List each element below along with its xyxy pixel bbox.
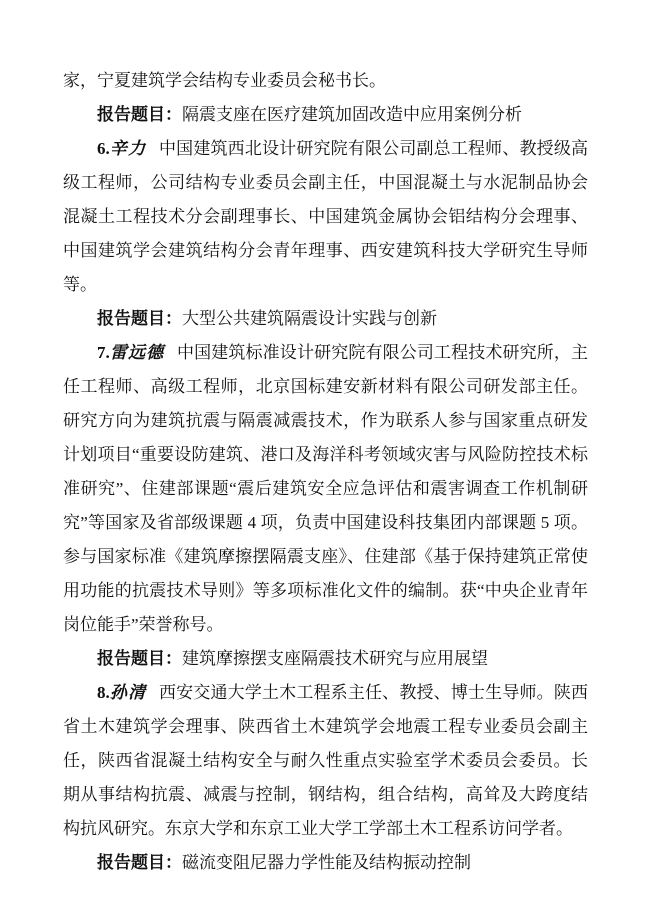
speaker-number: 8. xyxy=(97,683,110,702)
document-page: 家，宁夏建筑学会结构专业委员会秘书长。 报告题目：隔震支座在医疗建筑加固改造中应… xyxy=(0,0,650,919)
report-title-text: 隔震支座在医疗建筑加固改造中应用案例分析 xyxy=(182,105,522,124)
report-title-line: 报告题目：磁流变阻尼器力学性能及结构振动控制 xyxy=(63,846,588,880)
speaker-name: 孙清 xyxy=(110,683,147,702)
report-title-line: 报告题目：建筑摩擦摆支座隔震技术研究与应用展望 xyxy=(63,642,588,676)
report-title-text: 建筑摩擦摆支座隔震技术研究与应用展望 xyxy=(182,649,488,668)
report-title-label: 报告题目： xyxy=(97,853,182,872)
speaker-number: 7. xyxy=(97,343,110,362)
report-title-label: 报告题目： xyxy=(97,105,182,124)
report-title-text: 大型公共建筑隔震设计实践与创新 xyxy=(182,309,437,328)
speaker-name: 雷远德 xyxy=(110,343,165,362)
paragraph-continuation: 家，宁夏建筑学会结构专业委员会秘书长。 xyxy=(63,64,588,98)
speaker-bio-paragraph: 6.辛力中国建筑西北设计研究院有限公司副总工程师、教授级高级工程师，公司结构专业… xyxy=(63,132,588,302)
speaker-bio-text: 中国建筑标准设计研究院有限公司工程技术研究所，主任工程师、高级工程师，北京国标建… xyxy=(63,343,588,634)
report-title-label: 报告题目： xyxy=(97,309,182,328)
speaker-bio-paragraph: 8.孙清西安交通大学土木工程系主任、教授、博士生导师。陕西省土木建筑学会理事、陕… xyxy=(63,676,588,846)
speaker-name: 辛力 xyxy=(110,139,147,158)
report-title-line: 报告题目：大型公共建筑隔震设计实践与创新 xyxy=(63,302,588,336)
speaker-bio-paragraph: 7.雷远德中国建筑标准设计研究院有限公司工程技术研究所，主任工程师、高级工程师，… xyxy=(63,336,588,642)
speaker-bio-text: 西安交通大学土木工程系主任、教授、博士生导师。陕西省土木建筑学会理事、陕西省土木… xyxy=(63,683,588,838)
report-title-text: 磁流变阻尼器力学性能及结构振动控制 xyxy=(182,853,471,872)
speaker-bio-text: 中国建筑西北设计研究院有限公司副总工程师、教授级高级工程师，公司结构专业委员会副… xyxy=(63,139,588,294)
speaker-number: 6. xyxy=(97,139,110,158)
report-title-label: 报告题目： xyxy=(97,649,182,668)
paragraph-text: 家，宁夏建筑学会结构专业委员会秘书长。 xyxy=(63,71,386,90)
report-title-line: 报告题目：隔震支座在医疗建筑加固改造中应用案例分析 xyxy=(63,98,588,132)
